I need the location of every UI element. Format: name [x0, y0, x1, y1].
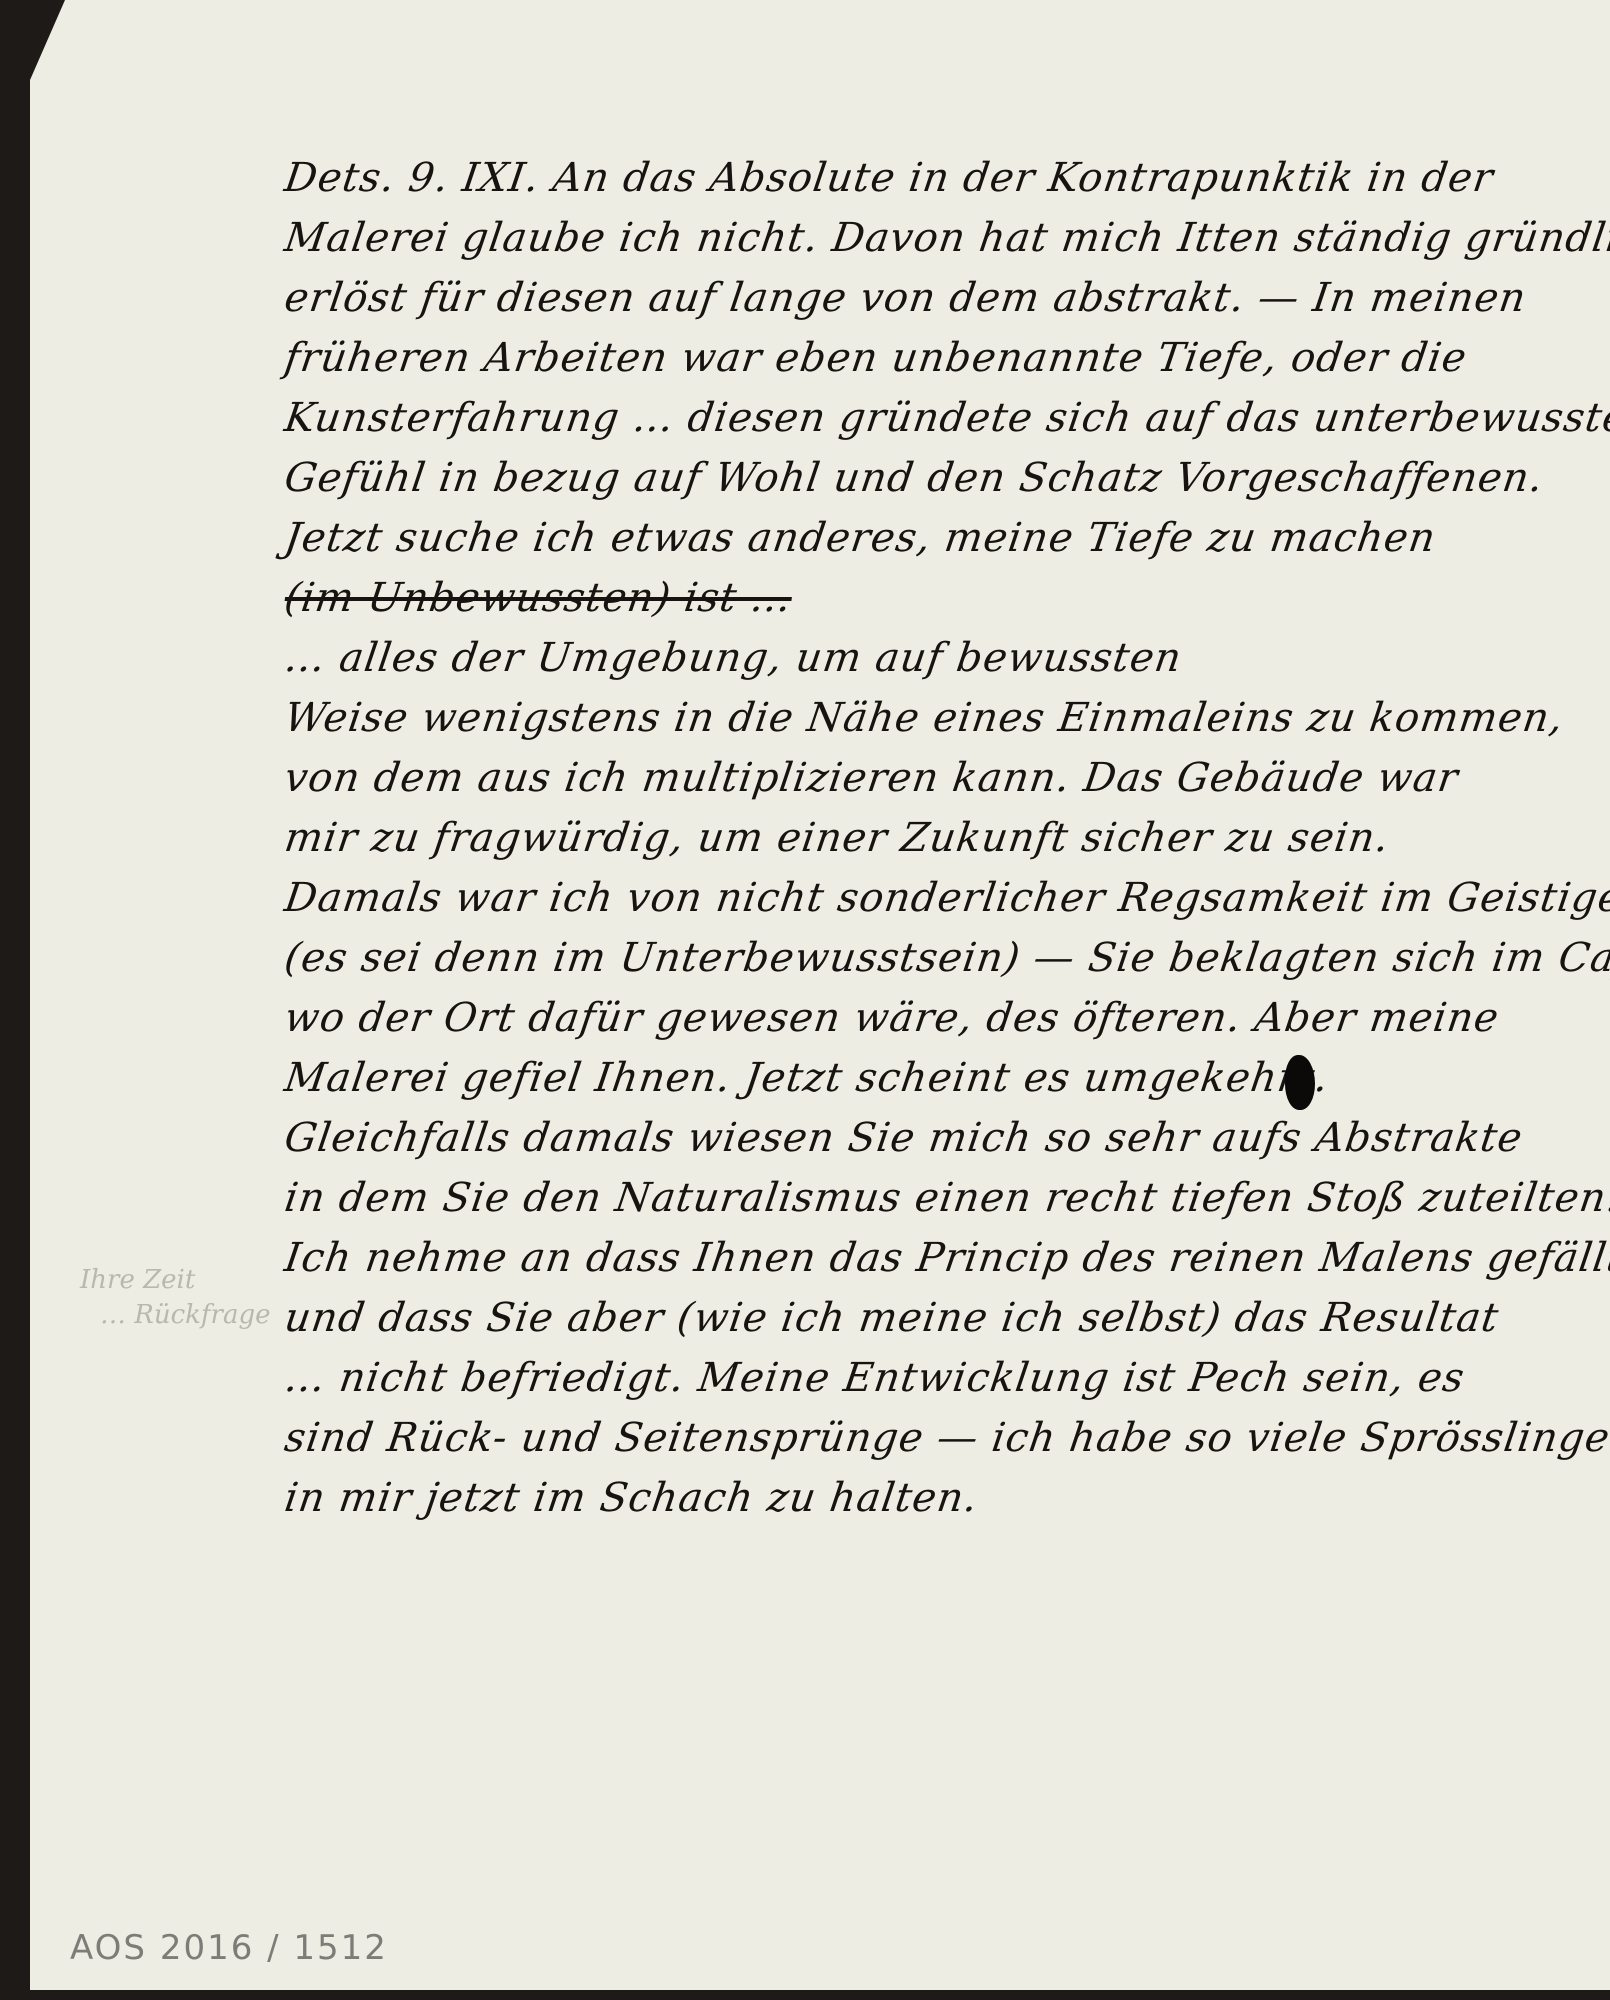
text-line: … nicht befriedigt. Meine Entwicklung is…: [282, 1355, 1468, 1401]
text-line: Malerei gefiel Ihnen. Jetzt scheint es u…: [282, 1055, 1332, 1101]
text-line: (es sei denn im Unterbewusstsein) — Sie …: [282, 935, 1610, 981]
text-line: Gefühl in bezug auf Wohl und den Schatz …: [282, 455, 1547, 501]
text-line: wo der Ort dafür gewesen wäre, des öfter…: [282, 995, 1502, 1041]
text-line: sind Rück- und Seitensprünge — ich habe …: [282, 1415, 1610, 1461]
pencil-note-line: Ihre Zeit: [80, 1265, 195, 1295]
text-line: früheren Arbeiten war eben unbenannte Ti…: [282, 335, 1470, 381]
text-line: Jetzt suche ich etwas anderes, meine Tie…: [282, 515, 1439, 561]
text-line: erlöst für diesen auf lange von dem abst…: [282, 275, 1530, 321]
text-line: in dem Sie den Naturalismus einen recht …: [282, 1175, 1610, 1221]
text-line: Weise wenigstens in die Nähe eines Einma…: [282, 695, 1567, 741]
ink-blot: [1285, 1055, 1315, 1110]
text-line: und dass Sie aber (wie ich meine ich sel…: [282, 1295, 1502, 1341]
text-line: Malerei glaube ich nicht. Davon hat mich…: [282, 215, 1610, 261]
text-line: Dets. 9. IXI. An das Absolute in der Kon…: [282, 155, 1497, 201]
text-line: mir zu fragwürdig, um einer Zukunft sich…: [282, 815, 1393, 861]
pencil-note-line: … Rückfrage: [100, 1300, 271, 1330]
text-line: Kunsterfahrung … diesen gründete sich au…: [282, 395, 1610, 441]
text-line: Gleichfalls damals wiesen Sie mich so se…: [282, 1115, 1526, 1161]
struck-line: (im Unbewussten) ist …: [282, 575, 795, 621]
archive-number: AOS 2016 / 1512: [70, 1928, 388, 1968]
text-line: Damals war ich von nicht sonderlicher Re…: [282, 875, 1610, 921]
text-line: in mir jetzt im Schach zu halten.: [282, 1475, 981, 1521]
text-line: von dem aus ich multiplizieren kann. Das…: [282, 755, 1462, 801]
letter-page: Dets. 9. IXI. An das Absolute in der Kon…: [30, 0, 1610, 1990]
text-line: … alles der Umgebung, um auf bewussten: [282, 635, 1185, 681]
text-line: Ich nehme an dass Ihnen das Princip des …: [282, 1235, 1610, 1281]
